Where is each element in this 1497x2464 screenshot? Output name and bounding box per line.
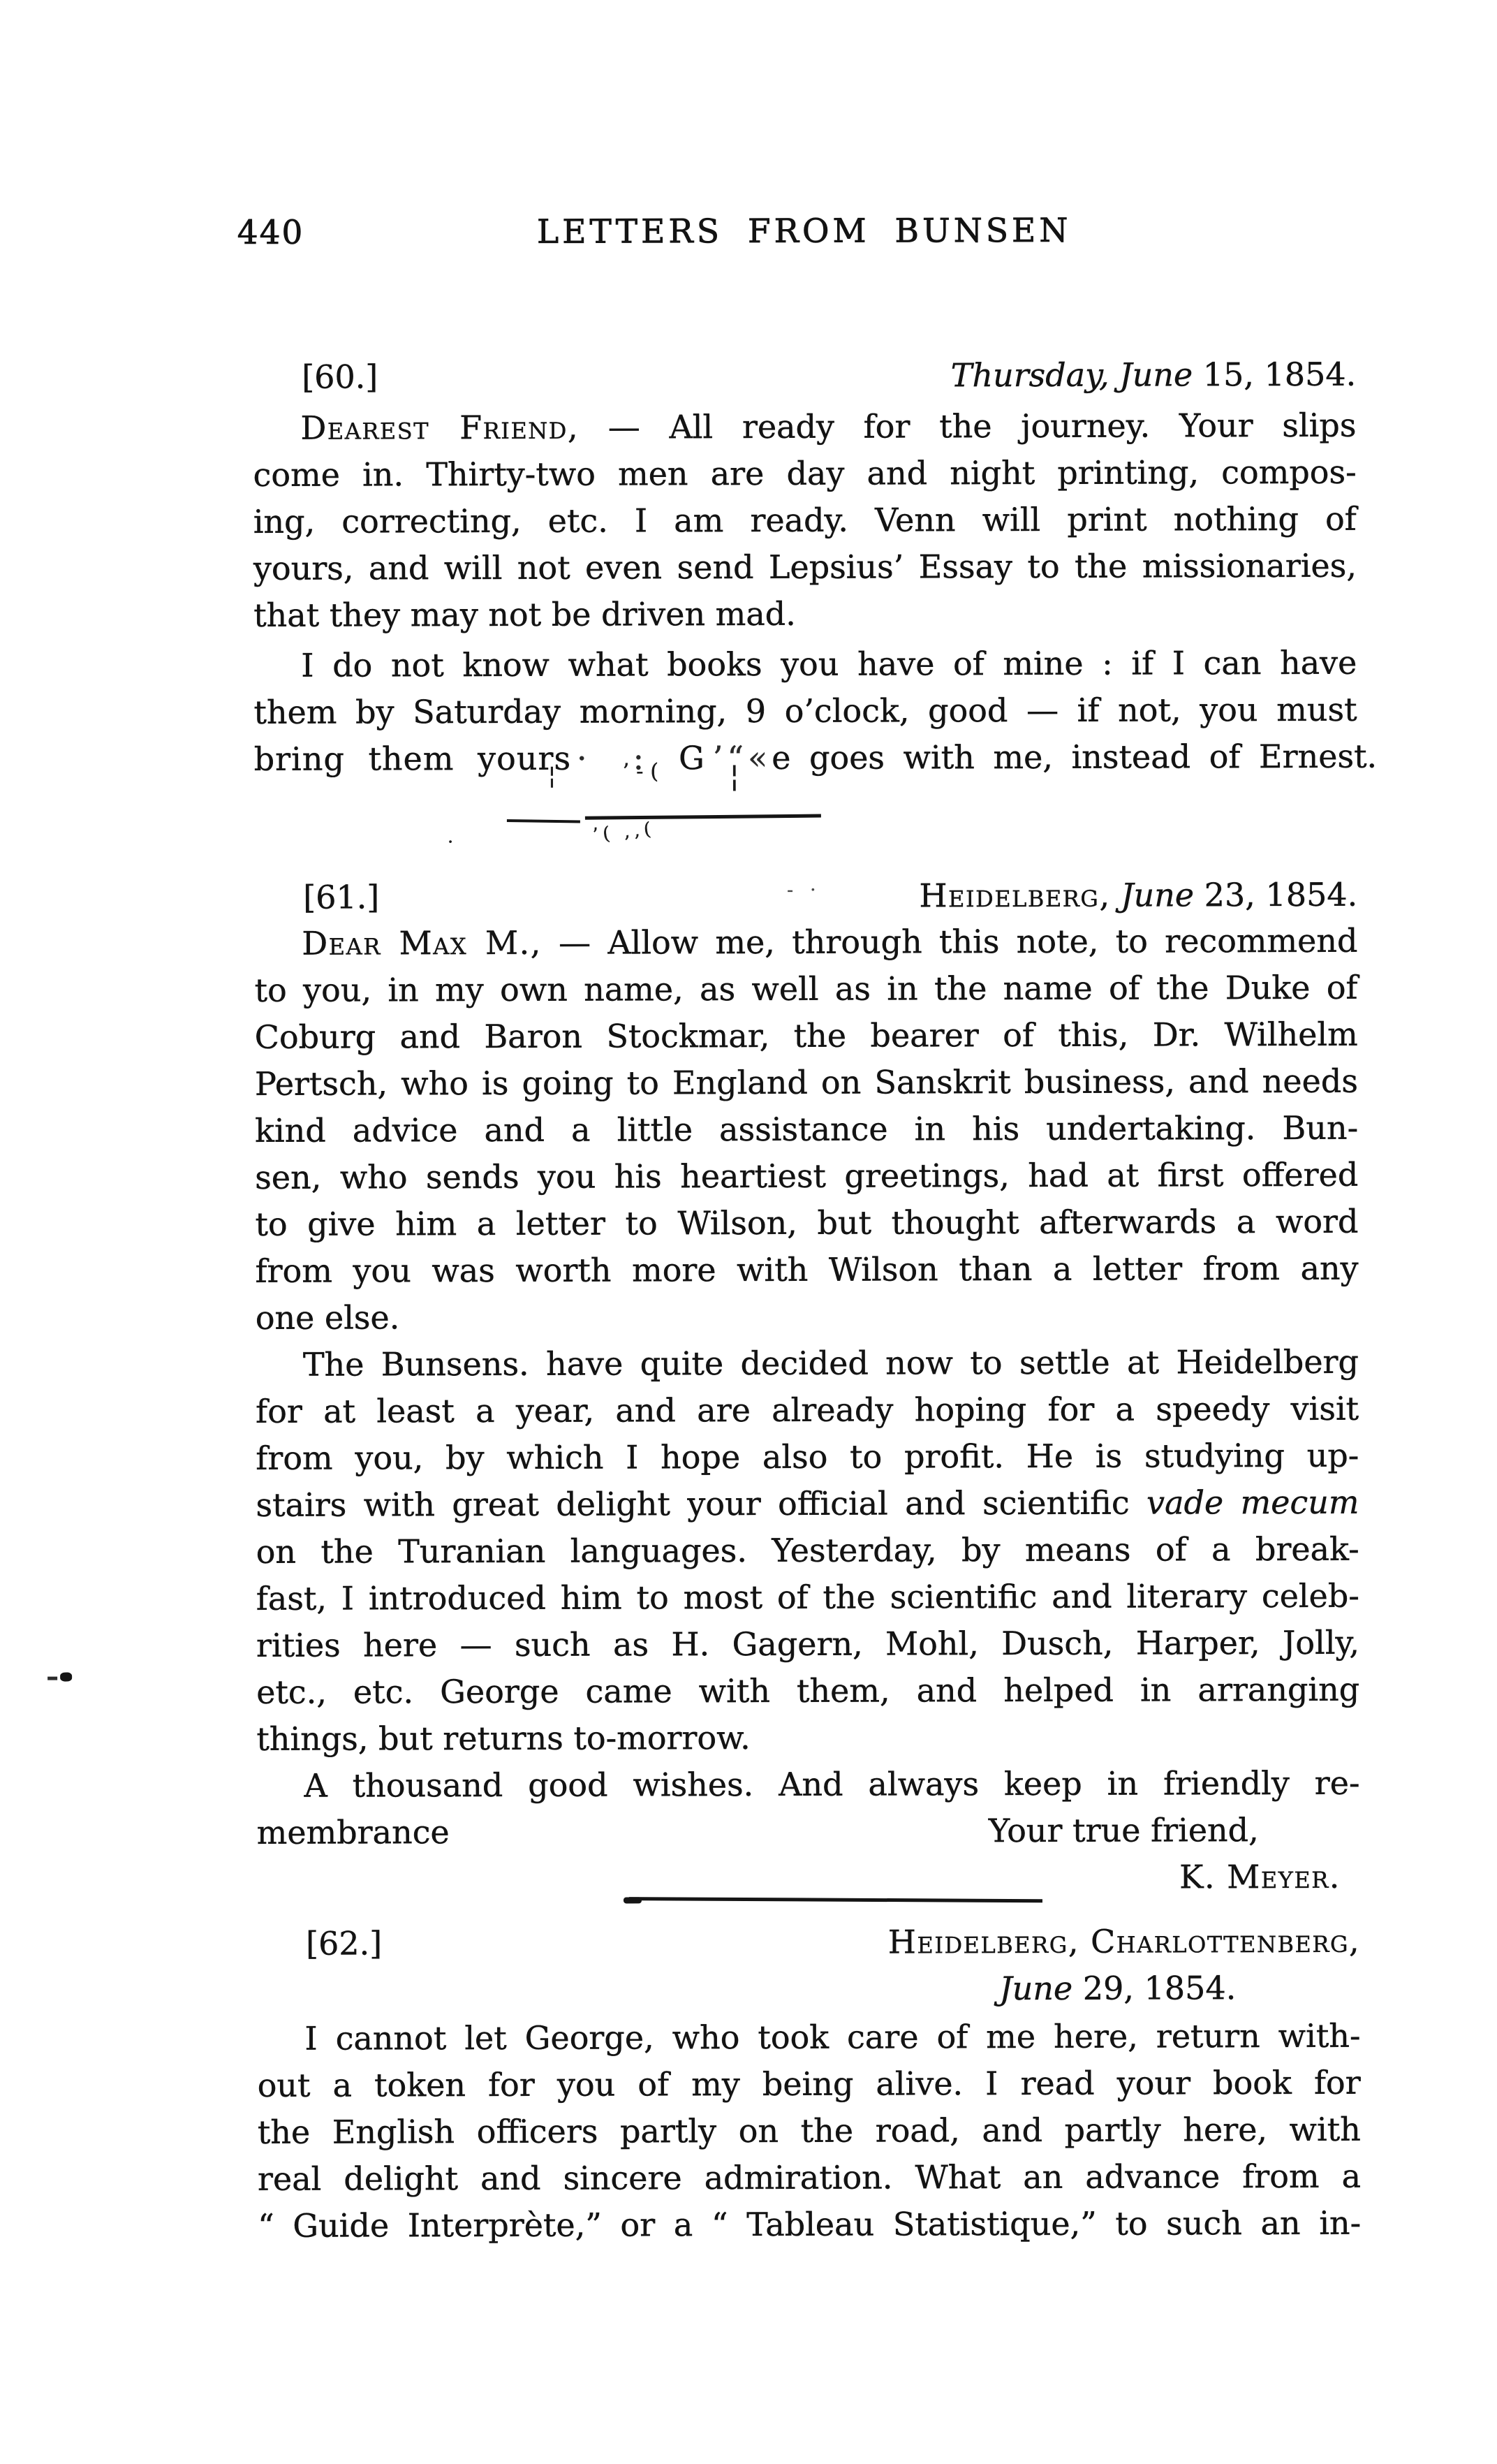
ink-smudge: ¦ [730, 761, 739, 791]
text-line: fast, I introduced him to most of the sc… [256, 1573, 1359, 1622]
section-divider [507, 814, 821, 823]
text-line: things, but returns to-morrow. [256, 1713, 1359, 1763]
text-line: A thousand good wishes. And always keep … [256, 1760, 1359, 1810]
letter-61-paragraph-1: Dear Max M., — Allow me, through this no… [254, 918, 1359, 1342]
divider-segment [585, 814, 821, 820]
text-line: I cannot let George, who took care of me… [257, 2013, 1360, 2062]
text-line: to you, in my own name, as well as in th… [254, 965, 1357, 1014]
text-line: ing, correcting, etc. I am ready. Venn w… [253, 496, 1357, 545]
divider-segment [629, 1897, 1042, 1902]
salutation: Dear Max M., [302, 924, 542, 962]
salutation: Dearest Friend, [300, 409, 579, 447]
ink-blot-spot [60, 1673, 72, 1682]
text-line: Pertsch, who is going to England on Sans… [255, 1058, 1358, 1108]
letter-62-dateline: [62.] Heidelberg, Charlottenberg, June 2… [257, 1918, 1360, 2014]
place-name: Heidelberg, [919, 877, 1110, 915]
valediction: Your true friend, [989, 1807, 1259, 1854]
text-line: “ Guide Interprète,” or a “ Tableau Stat… [258, 2200, 1361, 2250]
letter-number: [62.] [306, 1920, 382, 2014]
page-number: 440 [237, 210, 304, 256]
text-line: The Bunsens. have quite decided now to s… [256, 1339, 1359, 1388]
text-line: Coburg and Baron Stockmar, the bearer of… [255, 1011, 1358, 1061]
text-line: membrance Your true friend, [257, 1807, 1360, 1856]
ink-smudge: ¦ [548, 764, 556, 788]
letter-61-closing: A thousand good wishes. And always keep … [256, 1760, 1360, 1903]
signature: K. Meyer. [1179, 1858, 1341, 1896]
text-line: them by Saturday morning, 9 o’clock, goo… [253, 687, 1357, 736]
text-line: I do not know what books you have of min… [253, 640, 1357, 689]
dateline: Heidelberg, Charlottenberg, June 29, 185… [888, 1918, 1361, 2013]
text-line: the English officers partly on the road,… [258, 2106, 1361, 2156]
text-line: real delight and sincere admiration. Wha… [258, 2153, 1361, 2203]
damaged-text-line: bring them yours·:G’“«e goes with me, in… [254, 733, 1357, 783]
letter-62-paragraph-1: I cannot let George, who took care of me… [257, 2013, 1361, 2250]
text-line: out a token for you of my being alive. I… [258, 2060, 1361, 2109]
ink-smudge: · [448, 833, 453, 851]
italic-phrase: vade mecum [1146, 1483, 1359, 1522]
text-line: that they may not be driven mad. [253, 589, 1357, 639]
text-line: Dearest Friend, — All ready for the jour… [253, 402, 1356, 452]
text-line: rities here — such as H. Gagern, Mohl, D… [256, 1620, 1359, 1669]
text-line: sen, who sends you his heartiest greetin… [255, 1152, 1358, 1201]
letter-60-paragraph-1: Dearest Friend, — All ready for the jour… [253, 402, 1357, 639]
text-line: from you, by which I hope also to profit… [256, 1432, 1359, 1482]
dateline: Heidelberg, June 23, 1854. [919, 872, 1357, 920]
letter-60-dateline: [60.] Thursday, June 15, 1854. [253, 351, 1356, 401]
letter-number: [60.] [302, 353, 378, 400]
text-line: etc., etc. George came with them, and he… [256, 1666, 1359, 1716]
ink-fragment: ’“« [713, 739, 772, 777]
ink-fragment: · [577, 740, 587, 777]
letter-number: [61.] [303, 874, 379, 921]
text-line: stairs with great delight your official … [256, 1479, 1359, 1529]
place-name: Heidelberg, Charlottenberg, [888, 1918, 1360, 1966]
page-title: LETTERS FROM BUNSEN [253, 207, 1356, 256]
dateline: Thursday, June 15, 1854. [951, 351, 1357, 399]
letter-61-paragraph-2: The Bunsens. have quite decided now to s… [256, 1339, 1360, 1763]
divider-segment [507, 819, 580, 823]
text-line: one else. [256, 1292, 1359, 1342]
text-line: come in. Thirty-two men are day and nigh… [253, 449, 1357, 499]
section-divider [624, 1896, 1042, 1905]
text-line: from you was worth more with Wilson than… [256, 1245, 1359, 1295]
letter-61-dateline: [61.] Heidelberg, June 23, 1854. [254, 872, 1357, 921]
text-line: kind advice and a little assistance in h… [255, 1105, 1358, 1154]
ink-smudge: ’-( [623, 761, 665, 782]
signature-line: K. Meyer. [257, 1854, 1360, 1903]
ink-blot [0, 0, 1494, 2]
text-line: yours, and will not even send Lepsius’ E… [253, 543, 1357, 592]
ink-blot-dash [47, 1677, 57, 1680]
ink-smudge: ’( ,‚( [592, 820, 656, 844]
text-line: for at least a year, and are already hop… [256, 1386, 1359, 1435]
text-line: Dear Max M., — Allow me, through this no… [254, 918, 1357, 967]
text-line: to give him a letter to Wilson, but thou… [255, 1198, 1358, 1248]
page-content: 440 LETTERS FROM BUNSEN [60.] Thursday, … [0, 0, 1497, 2464]
running-head: 440 LETTERS FROM BUNSEN [253, 207, 1356, 256]
text-line: on the Turanian languages. Yesterday, by… [256, 1526, 1359, 1576]
date-line: June 29, 1854. [888, 1965, 1360, 2013]
scanned-book-page: 440 LETTERS FROM BUNSEN [60.] Thursday, … [0, 0, 1497, 2464]
letter-60-paragraph-2: I do not know what books you have of min… [253, 640, 1357, 783]
